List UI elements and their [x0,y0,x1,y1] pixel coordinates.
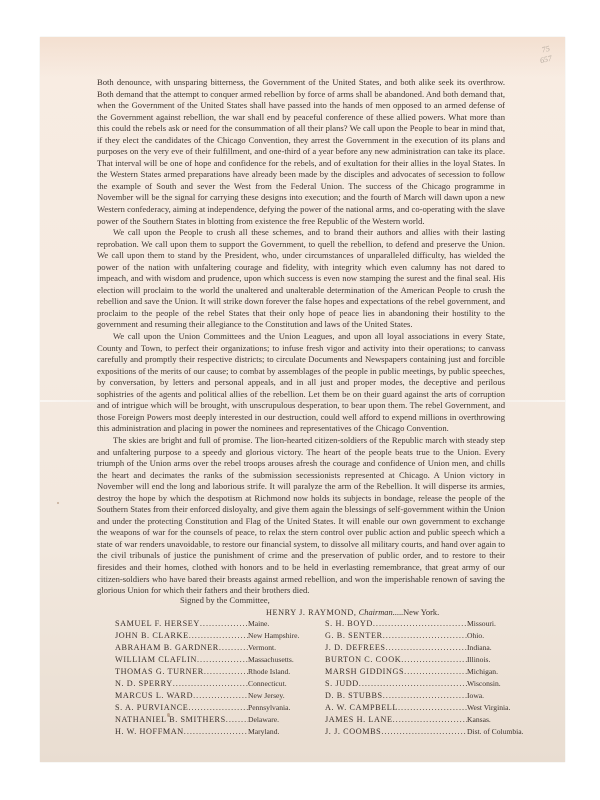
signatory-right: S. JUDD.................................… [325,679,555,688]
signatory-name: WILLIAM CLAFLIN [115,655,197,664]
signatory-state: Connecticut. [248,679,318,688]
leader-dots: ........................................… [184,727,248,736]
signatory-name: NATHANIEL B. SMITHERS [115,715,226,724]
signatory-row: MARCUS L. WARD..........................… [115,691,555,703]
signatory-row: NATHANIEL B. SMITHERS...................… [115,715,555,727]
signatory-right: D. B. STUBBS............................… [325,691,555,700]
signatory-state: Pennsylvania. [248,703,318,712]
signatory-row: THOMAS G. TURNER........................… [115,667,555,679]
document-page: 75 657 Both denounce, with unsparing bit… [40,37,565,762]
signatory-left: S. A. PURVIANCE.........................… [115,703,318,712]
leader-dots: ........................................… [188,703,248,712]
signatory-name: A. W. CAMPBELL [325,703,398,712]
body-text: Both denounce, with unsparing bitterness… [97,77,505,597]
signatory-state: Dist. of Columbia. [467,727,555,736]
signatory-left: H. W. HOFFMAN...........................… [115,727,318,736]
signatory-name: MARSH GIDDINGS [325,667,404,676]
signatory-state: Iowa. [467,691,555,700]
leader-dots: ........................................… [383,691,467,700]
signatory-right: BURTON C. COOK..........................… [325,655,555,664]
signatory-left: ABRAHAM B. GARDNER......................… [115,643,318,652]
signatory-state: Maine. [248,619,318,628]
signatory-state: West Virginia. [467,703,555,712]
signatories-table: SAMUEL F. HERSEY........................… [115,619,555,739]
leader-dots: ........................................… [204,667,248,676]
signatory-state: Rhode Island. [248,667,318,676]
leader-dots: ........................................… [401,655,467,664]
leader-dots: ........................................… [189,631,248,640]
paragraph: The skies are bright and full of promise… [97,435,505,597]
signatory-row: H. W. HOFFMAN...........................… [115,727,555,739]
signatory-name: D. B. STUBBS [325,691,383,700]
signatory-name: JAMES H. LANE [325,715,393,724]
signatory-state: Missouri. [467,619,555,628]
paragraph: We call upon the Union Committees and th… [97,331,505,435]
signatory-name: J. J. COOMBS [325,727,381,736]
leader-dots: ........................................… [359,679,467,688]
signatory-name: MARCUS L. WARD [115,691,193,700]
leader-dots: ........................................… [373,619,467,628]
signatory-name: J. D. DEFREES [325,643,386,652]
signatory-state: Delaware. [248,715,318,724]
signatory-row: JOHN B. CLARKE..........................… [115,631,555,643]
signatory-state: New Hampshire. [248,631,318,640]
signatory-left: SAMUEL F. HERSEY........................… [115,619,318,628]
signatory-right: MARSH GIDDINGS..........................… [325,667,555,676]
signatory-state: Kansas. [467,715,555,724]
chairman-state: New York. [403,608,439,617]
signatory-state: Vermont. [248,643,318,652]
leader-dots: ........................................… [226,715,248,724]
signatory-name: N. D. SPERRY [115,679,173,688]
leader-dots: ..... [393,608,403,617]
signatory-name: H. W. HOFFMAN [115,727,184,736]
signatory-left: MARCUS L. WARD..........................… [115,691,318,700]
signatory-state: Massachusetts. [248,655,318,664]
signatory-name: S. H. BOYD [325,619,373,628]
chairman-title: Chairman [359,608,393,617]
leader-dots: ........................................… [393,715,467,724]
signatory-left: NATHANIEL B. SMITHERS...................… [115,715,318,724]
foxing-spot [57,502,59,504]
signatory-name: S. JUDD [325,679,359,688]
leader-dots: ........................................… [398,703,467,712]
signatory-state: Wisconsin. [467,679,555,688]
leader-dots: ........................................… [173,679,248,688]
leader-dots: ........................................… [197,655,248,664]
paragraph: Both denounce, with unsparing bitterness… [97,77,505,227]
signatory-name: S. A. PURVIANCE [115,703,188,712]
signatory-right: G. B. SENTER............................… [325,631,555,640]
leader-dots: ........................................… [200,619,248,628]
signatory-row: S. A. PURVIANCE.........................… [115,703,555,715]
paragraph: We call upon the People to crush all the… [97,227,505,331]
signatory-right: J. D. DEFREES...........................… [325,643,555,652]
leader-dots: ........................................… [404,667,467,676]
signed-by-line: Signed by the Committee, [180,595,270,605]
chairman-name: HENRY J. RAYMOND, [266,608,357,617]
signatory-row: SAMUEL F. HERSEY........................… [115,619,555,631]
signatory-right: JAMES H. LANE...........................… [325,715,555,724]
signatory-name: JOHN B. CLARKE [115,631,189,640]
chairman-line: HENRY J. RAYMOND, Chairman.....New York. [266,608,439,617]
signatory-left: N. D. SPERRY............................… [115,679,318,688]
signatory-state: Ohio. [467,631,555,640]
leader-dots: ........................................… [193,691,248,700]
signatory-row: N. D. SPERRY............................… [115,679,555,691]
signatory-left: JOHN B. CLARKE..........................… [115,631,318,640]
leader-dots: ........................................… [386,643,467,652]
signatory-state: Maryland. [248,727,318,736]
signatory-name: SAMUEL F. HERSEY [115,619,200,628]
signatory-state: Michigan. [467,667,555,676]
signatory-row: ABRAHAM B. GARDNER......................… [115,643,555,655]
signatory-state: Illinois. [467,655,555,664]
leader-dots: ........................................… [219,643,248,652]
leader-dots: ........................................… [383,631,467,640]
leader-dots: ........................................… [381,727,467,736]
signatory-state: Indiana. [467,643,555,652]
signatory-left: WILLIAM CLAFLIN.........................… [115,655,318,664]
signatory-right: A. W. CAMPBELL..........................… [325,703,555,712]
pencil-mark: 657 [539,54,553,66]
signatory-name: G. B. SENTER [325,631,383,640]
signatory-left: THOMAS G. TURNER........................… [115,667,318,676]
signatory-name: BURTON C. COOK [325,655,401,664]
signatory-name: THOMAS G. TURNER [115,667,204,676]
signatory-name: ABRAHAM B. GARDNER [115,643,219,652]
signatory-right: S. H. BOYD..............................… [325,619,555,628]
signatory-state: New Jersey. [248,691,318,700]
signatory-row: WILLIAM CLAFLIN.........................… [115,655,555,667]
pencil-annotation: 75 657 [537,44,553,66]
signatory-right: J. J. COOMBS............................… [325,727,555,736]
